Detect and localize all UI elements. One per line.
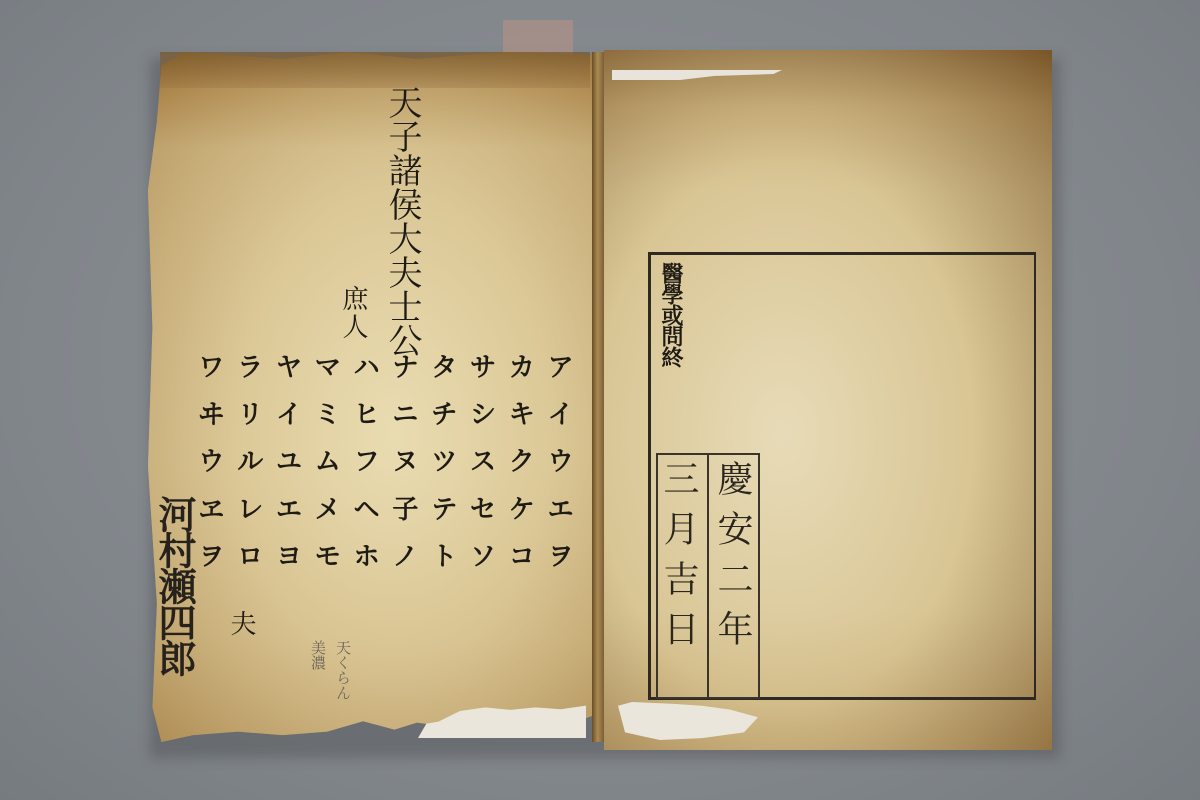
kana-cell: ラ	[231, 342, 270, 389]
left-page-stain	[160, 52, 590, 88]
kana-cell: メ	[308, 484, 347, 531]
kana-cell: マ	[308, 342, 347, 389]
kana-cell: コ	[502, 531, 541, 578]
commoner-note: 庶人	[340, 285, 366, 341]
kana-cell: タ	[425, 342, 464, 389]
kana-cell: ヱ	[192, 484, 231, 531]
kana-cell: ミ	[308, 389, 347, 436]
kana-cell: ホ	[347, 531, 386, 578]
kana-cell: ヌ	[386, 436, 425, 483]
kana-cell: ソ	[464, 531, 503, 578]
kana-cell: ル	[231, 436, 270, 483]
kana-cell: ワ	[192, 342, 231, 389]
date-box-divider	[707, 455, 709, 697]
kana-cell: ウ	[192, 436, 231, 483]
kana-cell: ウ	[541, 436, 580, 483]
kana-cell: ヘ	[347, 484, 386, 531]
owner-inscription: 河村瀬四郎	[155, 495, 193, 675]
kana-cell: キ	[502, 389, 541, 436]
kana-cell: モ	[308, 531, 347, 578]
kana-cell: ヰ	[192, 389, 231, 436]
kana-cell: サ	[464, 342, 503, 389]
kana-cell: ヤ	[270, 342, 309, 389]
kana-cell: ユ	[270, 436, 309, 483]
kana-cell: テ	[425, 484, 464, 531]
kana-cell: ツ	[425, 436, 464, 483]
kana-cell: ア	[541, 342, 580, 389]
kana-cell: イ	[541, 389, 580, 436]
kana-cell: シ	[464, 389, 503, 436]
kana-cell: レ	[231, 484, 270, 531]
colophon-title: 醫學或問終	[660, 262, 682, 367]
kana-cell: カ	[502, 342, 541, 389]
kana-cell: ト	[425, 531, 464, 578]
kana-cell: エ	[541, 484, 580, 531]
kana-cell: ケ	[502, 484, 541, 531]
kana-cell: ロ	[231, 531, 270, 578]
kana-cell: ヒ	[347, 389, 386, 436]
kana-cell: ヨ	[270, 531, 309, 578]
katakana-table: ア イ ウ エ ヲ カ キ ク ケ コ サ シ ス セ ソ タ チ ツ テ ト …	[192, 342, 580, 578]
kana-cell: ハ	[347, 342, 386, 389]
kana-cell: フ	[347, 436, 386, 483]
husband-note: 夫	[228, 610, 254, 638]
kana-cell: ス	[464, 436, 503, 483]
kana-cell: ニ	[386, 389, 425, 436]
kana-cell: ク	[502, 436, 541, 483]
date-era: 慶安二年	[714, 460, 750, 660]
kana-cell: ム	[308, 436, 347, 483]
pencil-note: 美濃	[310, 640, 325, 670]
kana-cell: 子	[386, 484, 425, 531]
date-month: 三月吉日	[660, 460, 696, 660]
kana-cell: ナ	[386, 342, 425, 389]
kana-cell: ノ	[386, 531, 425, 578]
kana-cell: ヲ	[541, 531, 580, 578]
pencil-note: 天くらん	[335, 640, 350, 700]
title-column: 天子諸侯大夫士公	[385, 85, 419, 357]
kana-cell: エ	[270, 484, 309, 531]
kana-cell: セ	[464, 484, 503, 531]
kana-cell: ヲ	[192, 531, 231, 578]
kana-cell: リ	[231, 389, 270, 436]
kana-cell: イ	[270, 389, 309, 436]
kana-cell: チ	[425, 389, 464, 436]
